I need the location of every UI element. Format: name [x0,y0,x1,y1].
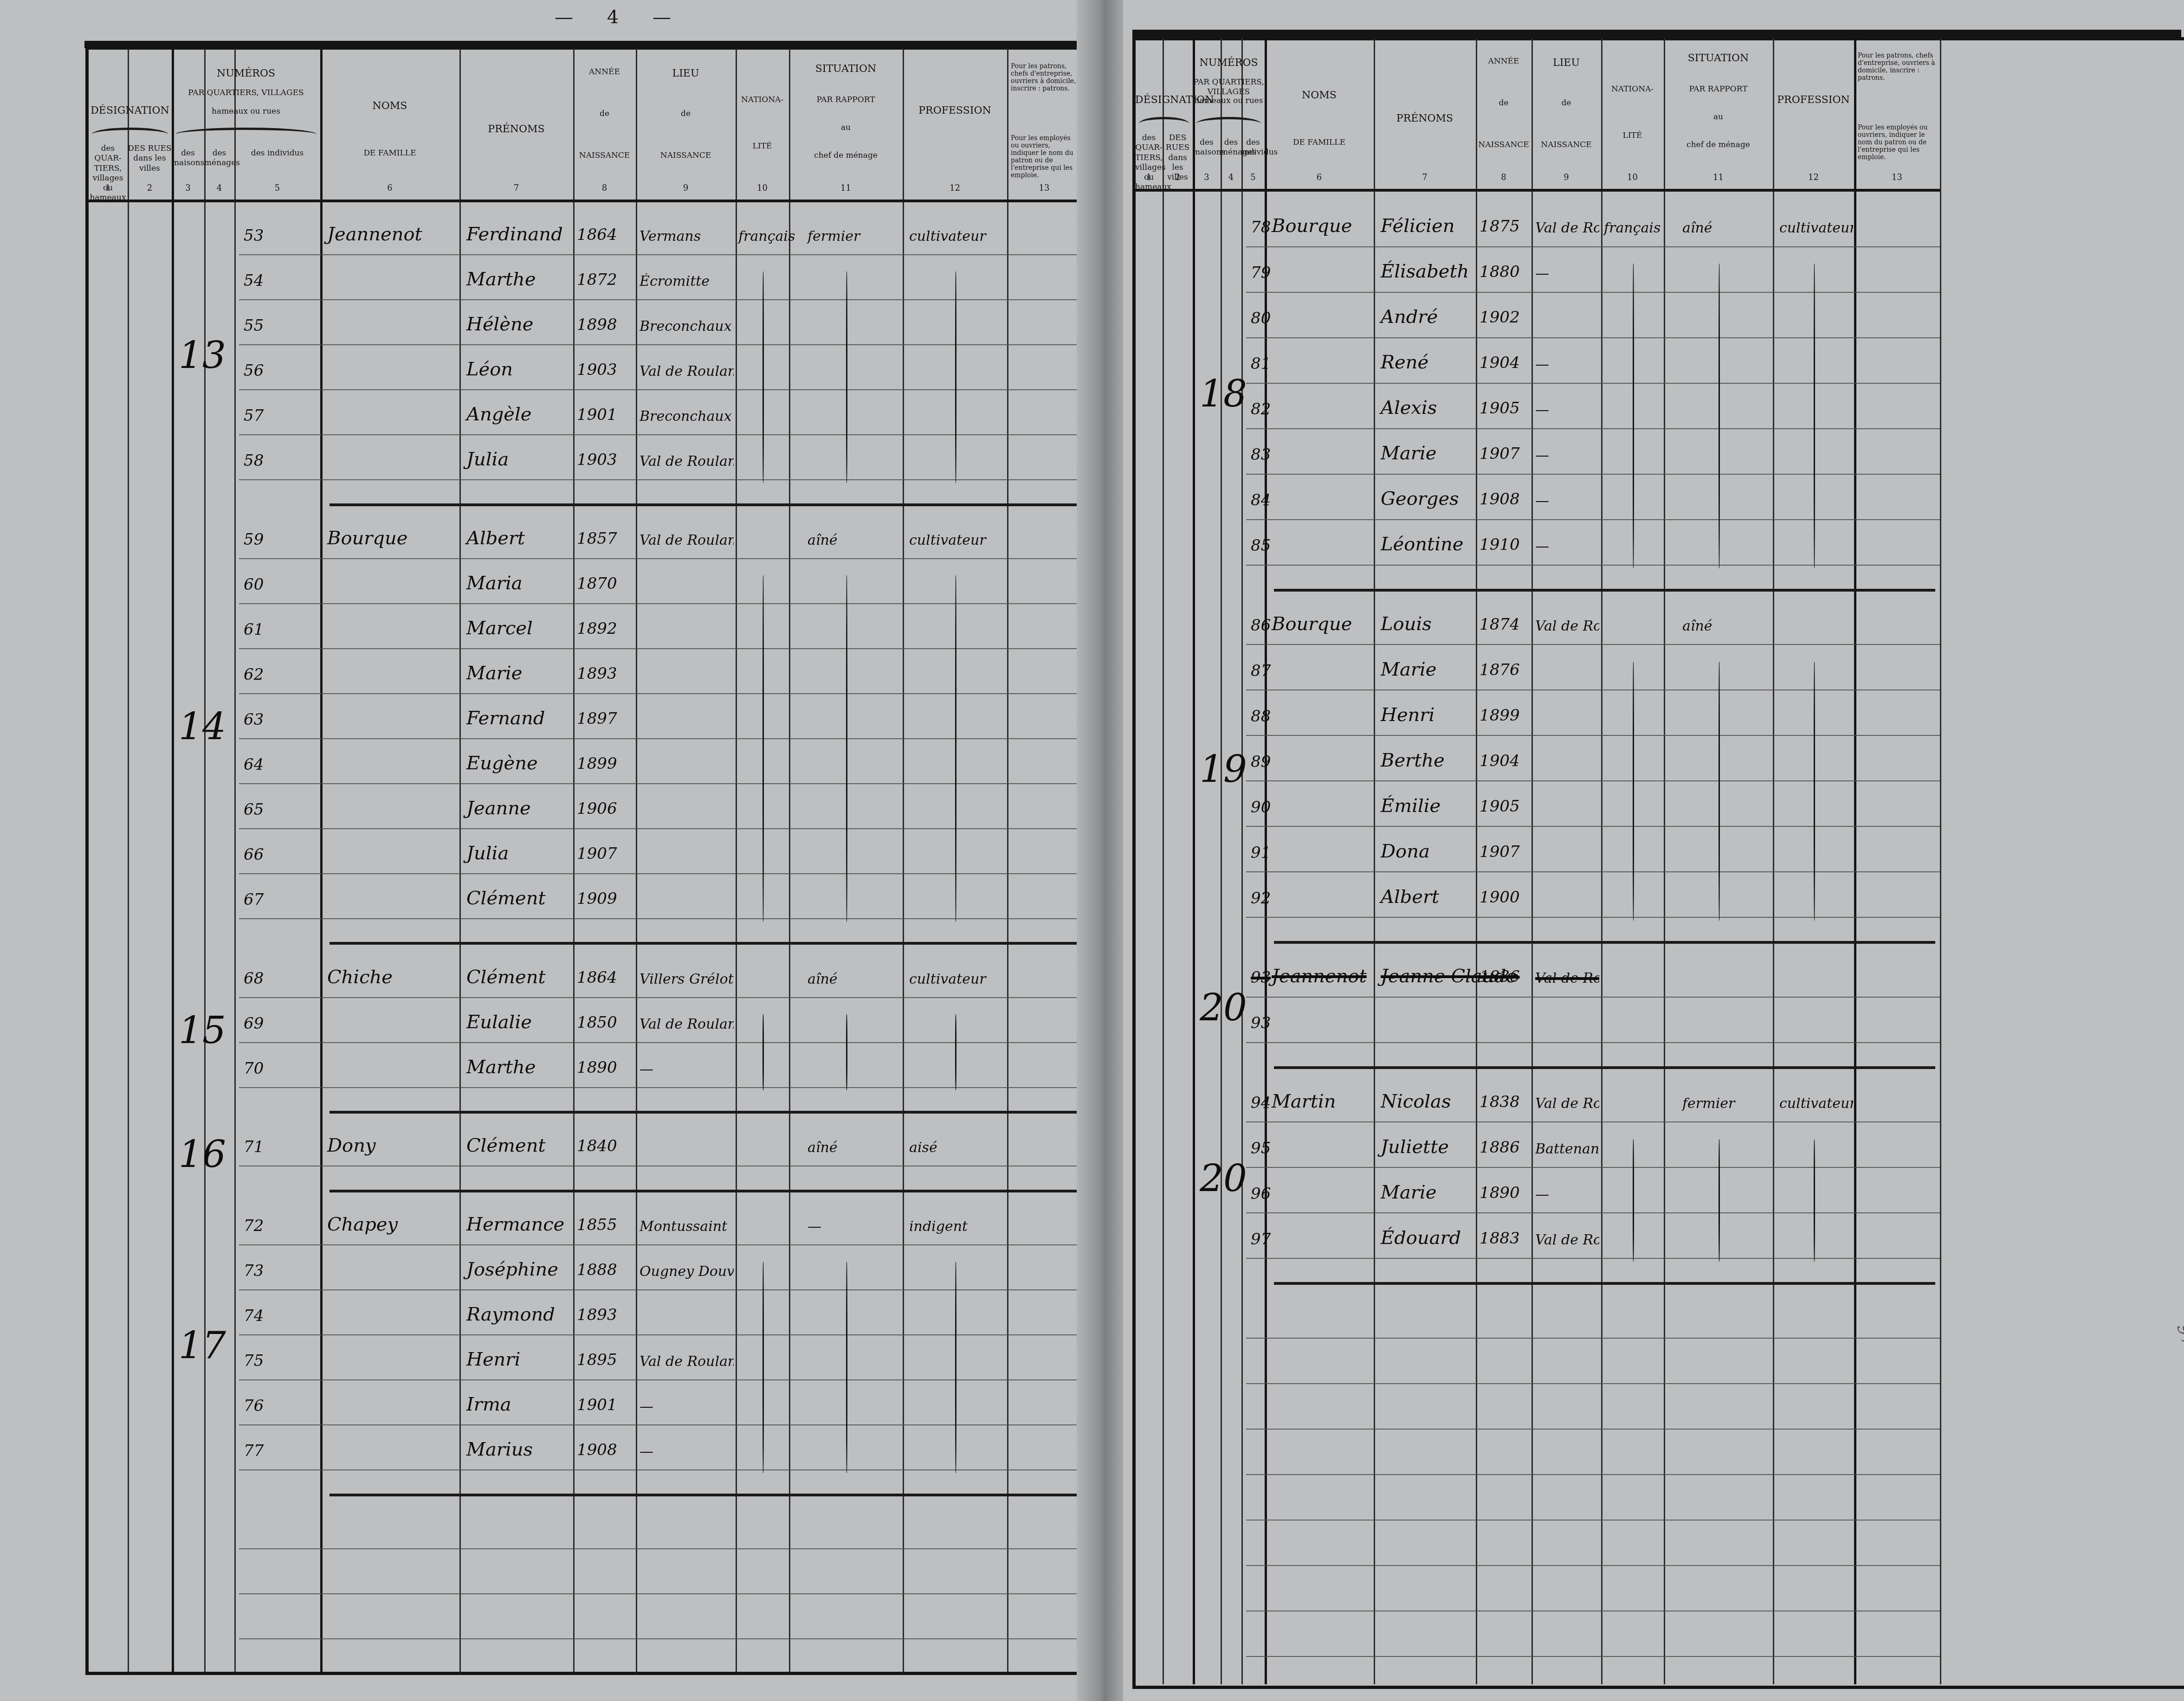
birth-place: — [1535,493,1599,509]
first-name: Hélène [466,314,533,335]
profession: cultivateur [1779,1095,1853,1112]
header-numeros: NUMÉROS [172,67,320,80]
column-rule [1476,38,1477,1684]
birth-place: — [640,1443,734,1460]
profession: cultivateur [909,532,1006,548]
individual-number: 53 [244,226,264,245]
birth-year: 1908 [577,1441,617,1459]
row-rule [1246,917,1940,918]
header-col-12: PROFESSION [1773,94,1854,107]
row-rule [1246,337,1940,338]
header-col-9: LIEU [1531,57,1601,70]
first-name: Léontine [1381,534,1463,555]
column-rule [1854,38,1856,1684]
house-number: 13 [179,334,226,377]
column-rule [1531,38,1533,1684]
row-rule [1246,644,1940,645]
header-numeros-sub: PAR QUARTIERS, VILLAGES [1193,77,1265,97]
household-relation: aîné [808,532,838,548]
birth-place: Val de Roulans [1535,220,1599,236]
ditto-mark [762,1014,764,1091]
first-name: Clément [466,888,546,909]
first-name: Clément [466,966,546,988]
ditto-mark [1814,662,1815,921]
birth-year: 1901 [577,406,617,424]
row-rule [1246,1474,1940,1475]
individual-number: 54 [244,271,264,290]
row-rule [239,918,1081,919]
column-rule [1163,38,1164,1684]
birth-year: 1907 [1480,445,1520,463]
header-bottom-rule [1135,189,1940,192]
right-page-frame [1132,37,2184,1689]
column-number: 1 [88,183,128,193]
column-number: 8 [1476,173,1531,182]
individual-number: 93 [1251,1014,1271,1032]
household-relation: fermier [1682,1095,1735,1112]
family-name: Bourque [1272,215,1352,237]
individual-number: 88 [1251,707,1271,726]
column-number: 9 [1531,173,1601,182]
birth-year: 1903 [577,451,617,469]
birth-year: 1909 [577,889,617,908]
individual-number: 62 [244,665,264,684]
first-name: Georges [1381,488,1459,509]
house-number: 17 [179,1324,226,1367]
first-name: Hermance [466,1214,564,1235]
profession: cultivateur [909,228,1006,245]
page-number: — 4 — [555,6,685,28]
individual-number: 59 [244,530,264,549]
birth-year: 1910 [1480,535,1520,554]
header-col-9-sub: NAISSANCE [1531,140,1601,150]
ditto-mark [955,575,956,922]
birth-year: 1906 [577,799,617,818]
birth-place: Val de Roulans [1535,1095,1599,1112]
individual-number: 81 [1251,354,1271,373]
column-number: 5 [1241,173,1265,182]
header-col-3: des maisons [172,148,204,168]
header-col-6-sub: DE FAMILLE [320,148,459,158]
header-col-11-sub: PAR RAPPORT [789,95,903,105]
ditto-mark [1719,1139,1720,1262]
first-name: Marie [1381,1182,1436,1203]
header-col-8-de: de [573,109,636,119]
birth-place: — [1535,356,1599,373]
row-rule [239,1469,1081,1470]
column-rule [1007,49,1008,1673]
ditto-mark [846,271,847,483]
individual-number: 74 [244,1307,264,1325]
individual-number: 85 [1251,536,1271,555]
header-col-1: des QUAR-TIERS, villages ou hameaux [88,144,128,203]
row-rule [239,1548,1081,1549]
first-name: Félicien [1381,215,1454,237]
first-name: Eugène [466,753,538,774]
individual-number: 78 [1251,218,1271,237]
header-col-13-employes: Pour les employés ou ouvriers, indiquer … [1011,135,1079,180]
column-rule [1193,38,1195,1684]
house-number: 16 [179,1133,226,1176]
ditto-mark [1633,264,1634,568]
birth-year: 1890 [577,1058,617,1077]
column-rule [736,49,737,1673]
column-number: 8 [573,183,636,193]
row-rule [1246,1565,1940,1566]
column-rule [128,49,129,1673]
column-number: 13 [1007,183,1081,193]
row-rule [239,1638,1081,1639]
column-number: 6 [320,183,459,193]
individual-number: 87 [1251,662,1271,680]
column-number: 10 [1601,173,1664,182]
household-relation: — [808,1218,821,1235]
column-number: 4 [1221,173,1241,182]
brace [1139,117,1189,130]
family-name: Chiche [327,966,393,988]
birth-place: Montussaint [640,1218,734,1235]
ditto-mark [955,271,956,483]
ditto-mark [1814,264,1815,568]
first-name: René [1381,352,1428,373]
header-col-9: LIEU [636,67,736,80]
header-col-2: DES RUES dans les villes [128,144,172,174]
household-separator [330,1494,1077,1496]
birth-year: 1838 [1480,1093,1520,1111]
first-name: Henri [466,1349,520,1370]
birth-year: 1864 [577,226,617,244]
column-number: 12 [903,183,1007,193]
individual-number: 90 [1251,798,1271,817]
header-col-5: des individus [1241,138,1265,158]
column-rule [204,49,206,1673]
birth-place: — [1535,447,1599,464]
individual-number: 89 [1251,753,1271,771]
row-rule [1246,474,1940,475]
birth-year: 1870 [577,574,617,593]
family-name: Jeannenot [327,224,422,245]
house-number: 18 [1200,372,1247,415]
header-col-6: NOMS [320,100,459,113]
first-name: Nicolas [1381,1091,1451,1112]
first-name: Édouard [1381,1227,1461,1249]
first-name: Marie [1381,659,1436,680]
row-rule [1246,565,1940,566]
column-rule [320,49,323,1673]
birth-year: 1907 [577,844,617,863]
first-name: Jeanne [466,798,531,819]
nationality: français [1604,220,1661,236]
header-col-8-sub: NAISSANCE [573,151,636,161]
individual-number: 69 [244,1014,264,1033]
birth-place: Val de Roulans [640,1353,734,1370]
header-col-10-sub: LITÉ [736,142,789,151]
profession: cultivateur [909,971,1006,987]
first-name: Alexis [1381,397,1437,419]
column-rule [234,49,236,1673]
birth-place: — [640,1398,734,1415]
birth-place: — [1535,1186,1599,1203]
family-name: Bourque [327,528,407,549]
first-name: Angèle [466,404,531,425]
individual-number: 63 [244,710,264,729]
house-number: 15 [179,1009,226,1052]
header-col-11-au: au [789,123,903,133]
row-rule [1246,1656,1940,1657]
individual-number: 76 [244,1397,264,1415]
ditto-mark [1633,1139,1634,1262]
right-page: DÉSIGNATIONNUMÉROSPAR QUARTIERS, VILLAGE… [1123,0,2184,1701]
first-name: Julia [466,449,509,470]
row-rule [1246,1611,1940,1611]
column-number: 3 [1193,173,1221,182]
household-relation: aîné [1682,220,1712,236]
first-name: Louis [1381,613,1432,635]
birth-place: Val de Roulans [640,363,734,380]
household-relation: aîné [808,971,838,987]
first-name: Marie [466,663,522,684]
birth-place: Val de Roulans [1535,618,1599,634]
birth-year: 1892 [577,619,617,638]
first-name: Raymond [466,1304,555,1325]
birth-year: 1904 [1480,752,1520,770]
column-number: 3 [172,183,204,193]
individual-number: 70 [244,1059,264,1078]
column-rule [1940,38,1941,1684]
birth-year: 1900 [1480,888,1520,907]
row-rule [239,997,1081,998]
individual-number: 64 [244,755,264,774]
birth-year: 1883 [1480,1229,1520,1248]
household-relation: aîné [1682,618,1712,634]
first-name: Émilie [1381,795,1441,817]
birth-year: 1893 [577,664,617,683]
ditto-mark [1719,264,1720,568]
individual-number: 72 [244,1217,264,1235]
header-col-11: SITUATION [1664,52,1773,65]
header-col-11-au: au [1664,112,1773,122]
individual-number: 77 [244,1442,264,1460]
row-rule [1246,1429,1940,1430]
column-number: 2 [128,183,172,193]
row-rule [1246,780,1940,781]
individual-number: 83 [1251,445,1271,464]
house-number: 19 [1200,747,1247,791]
household-relation: fermier [808,228,860,245]
first-name: Marius [466,1439,533,1460]
ditto-mark [762,271,764,483]
house-number: 20 [1200,1157,1247,1200]
column-rule [1773,38,1774,1684]
header-numeros: NUMÉROS [1193,57,1265,70]
profession: cultivateur [1779,220,1853,236]
top-rule [1132,30,2181,37]
birth-place: Vermans [640,228,734,245]
family-name: Dony [327,1135,376,1156]
individual-number: 92 [1251,889,1271,908]
individual-number: 67 [244,890,264,909]
birth-year: 1899 [1480,706,1520,725]
header-col-11-chef: chef de ménage [1664,140,1773,150]
birth-place: Battenans [1535,1141,1599,1157]
birth-year: 1836 [1480,967,1520,986]
household-separator [1274,589,1935,592]
header-col-10-sub: LITÉ [1601,131,1664,141]
header-col-6-sub: DE FAMILLE [1265,138,1374,148]
birth-year: 1902 [1480,308,1520,327]
first-name: Marthe [466,269,536,290]
individual-number: 91 [1251,844,1271,862]
ditto-mark [1633,662,1634,921]
first-name: Joséphine [466,1259,558,1280]
column-number: 11 [789,183,903,193]
birth-year: 1890 [1480,1184,1520,1202]
individual-number: 56 [244,361,264,380]
header-col-12: PROFESSION [903,104,1007,117]
header-col-13-patrons: Pour les patrons, chefs d'entreprise, ou… [1858,52,1937,82]
column-rule [1601,38,1602,1684]
individual-number: 82 [1251,400,1271,419]
household-relation: aîné [808,1140,838,1156]
header-col-8: ANNÉE [1476,57,1531,66]
header-col-5: des individus [234,148,320,158]
column-number: 10 [736,183,789,193]
ditto-mark [1814,1139,1815,1262]
column-number: 4 [204,183,234,193]
row-rule [239,479,1081,480]
column-rule [1241,38,1243,1684]
birth-year: 1855 [577,1216,617,1234]
birth-year: 1899 [577,754,617,773]
birth-place: Breconchaux [640,408,734,425]
birth-year: 1897 [577,709,617,728]
birth-year: 1893 [577,1306,617,1324]
header-col-8: ANNÉE [573,67,636,77]
row-rule [1246,1520,1940,1521]
birth-place: Val de Roulans [1535,970,1599,986]
house-number: 20 [1200,986,1247,1029]
row-rule [1246,1258,1940,1259]
birth-year: 1905 [1480,399,1520,418]
birth-year: 1908 [1480,490,1520,509]
individual-number: 96 [1251,1185,1271,1203]
column-number: 12 [1773,173,1854,182]
birth-place: Val de Roulans [640,532,734,548]
individual-number: 73 [244,1262,264,1280]
ditto-mark [955,1014,956,1091]
header-col-11-chef: chef de ménage [789,151,903,161]
individual-number: 55 [244,316,264,335]
row-rule [1246,428,1940,429]
first-name: Berthe [1381,750,1445,771]
row-rule [1246,1338,1940,1339]
birth-place: Villers Grélot [640,971,734,987]
row-rule [1246,735,1940,736]
row-rule [239,1166,1081,1166]
ditto-mark [846,1262,847,1473]
first-name: Irma [466,1394,511,1415]
house-number: 14 [179,705,226,748]
first-name: Albert [1381,886,1439,908]
first-name: Julia [466,843,509,864]
header-col-6: NOMS [1265,89,1374,102]
header-col-13-patrons: Pour les patrons, chefs d'entreprise, ou… [1011,63,1079,92]
ditto-mark [1719,662,1720,921]
birth-year: 1907 [1480,843,1520,861]
first-name: Albert [466,528,525,549]
birth-year: 1864 [577,968,617,987]
header-col-8-de: de [1476,98,1531,108]
individual-number: 95 [1251,1139,1271,1158]
birth-year: 1903 [577,361,617,379]
header-col-1: des QUAR-TIERS, villages ou hameaux [1135,133,1163,193]
row-rule [1246,1121,1940,1122]
column-rule [172,49,174,1673]
column-number: 9 [636,183,736,193]
ditto-mark [762,1262,764,1473]
row-rule [239,558,1081,559]
column-number: 1 [1135,173,1163,182]
birth-place: Val de Roulans [1535,1232,1599,1248]
birth-year: 1888 [577,1261,617,1279]
individual-number: 66 [244,845,264,864]
individual-number: 86 [1251,616,1271,635]
row-rule [1246,1383,1940,1384]
individual-number: 93 [1251,968,1271,987]
birth-place: — [1535,538,1599,554]
row-rule [1246,997,1940,998]
header-col-9-de: de [1531,98,1601,108]
household-separator [330,942,1077,945]
row-rule [1246,1042,1940,1043]
header-col-10: NATIONA- [736,95,789,105]
row-rule [239,254,1081,255]
first-name: Juliette [1381,1136,1449,1158]
header-col-7: PRÉNOMS [1374,112,1476,125]
row-rule [1246,383,1940,384]
row-rule [1246,1212,1940,1213]
header-col-4: des ménages [204,148,234,168]
census-spread: — 4 — DÉSIGNATIONNUMÉROSPAR QUARTIERS, V… [0,0,2184,1701]
header-designation: DÉSIGNATION [88,104,172,117]
family-name: Martin [1272,1091,1336,1112]
first-name: Ferdinand [466,224,563,245]
birth-year: 1876 [1480,661,1520,679]
row-rule [1246,246,1940,247]
ditto-mark [846,575,847,922]
individual-number: 65 [244,800,264,819]
column-number: 7 [459,183,573,193]
birth-place: — [1535,402,1599,418]
household-separator [330,1190,1077,1192]
first-name: Eulalie [466,1012,532,1033]
birth-place: Breconchaux [640,318,734,335]
birth-place: Écromitte [640,273,734,290]
first-name: Léon [466,359,513,380]
row-rule [1246,871,1940,872]
column-rule [459,49,461,1673]
individual-number: 61 [244,620,264,639]
individual-number: 60 [244,575,264,594]
birth-year: 1850 [577,1013,617,1032]
first-name: Marthe [466,1057,536,1078]
birth-year: 1840 [577,1137,617,1155]
first-name: Henri [1381,704,1434,726]
household-separator [330,1111,1077,1114]
birth-year: 1875 [1480,217,1520,236]
household-separator [1274,1066,1935,1069]
ditto-mark [762,575,764,922]
